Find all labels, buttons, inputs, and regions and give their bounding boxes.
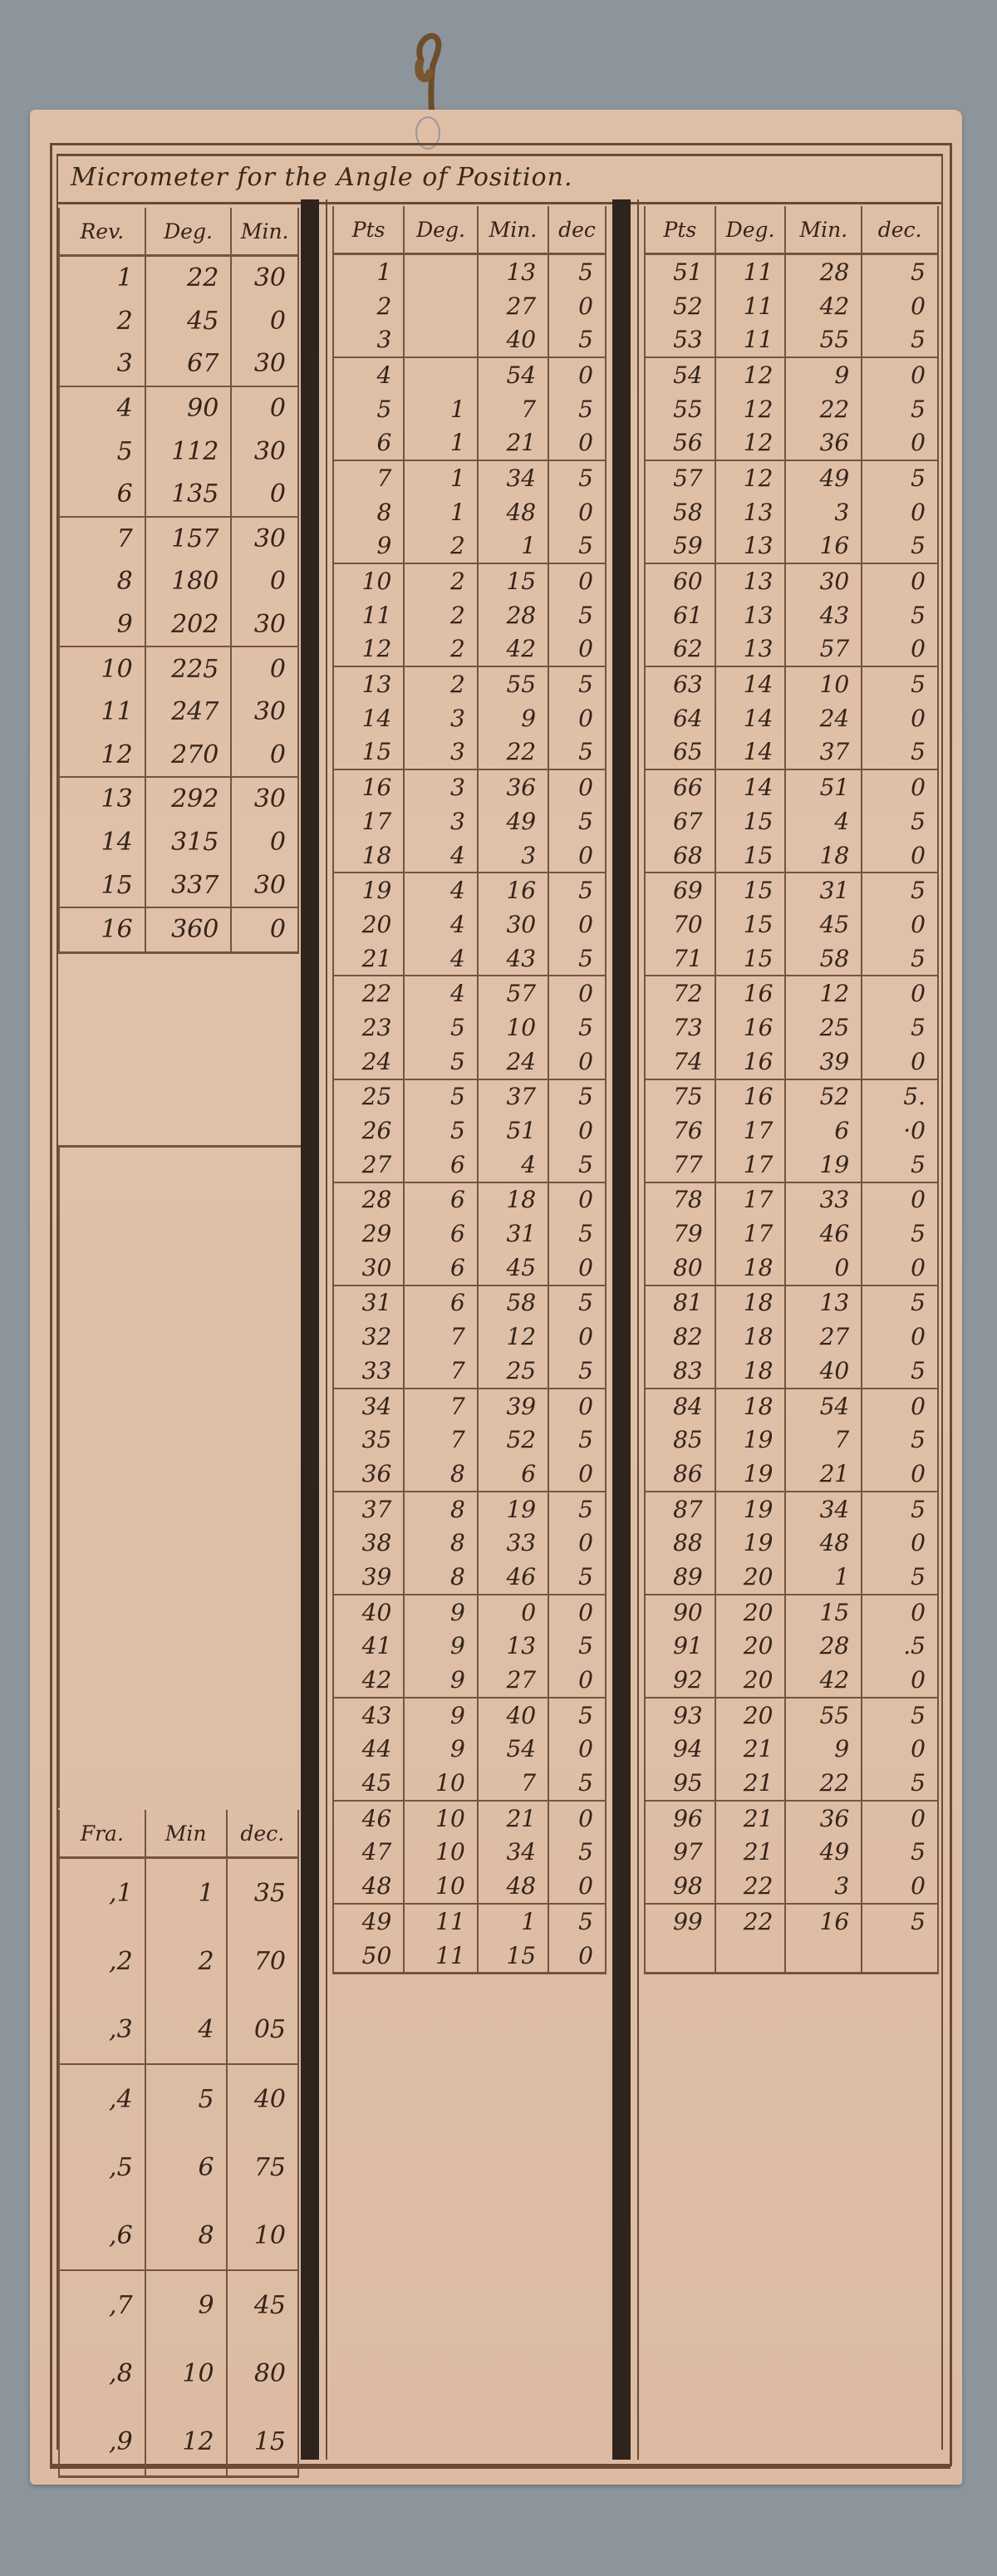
points-row: 6113435 bbox=[645, 598, 938, 632]
cell-col-a: 76 bbox=[645, 1113, 715, 1148]
cell-col-d: 0 bbox=[548, 632, 606, 667]
points-row: 8418540 bbox=[645, 1389, 938, 1423]
cell-col-c: 34 bbox=[478, 1836, 548, 1870]
cell-col-d: 5 bbox=[862, 1492, 938, 1526]
cell-col-d: 5 bbox=[548, 392, 606, 426]
cell-col-b bbox=[404, 357, 478, 392]
points-row: 6514375 bbox=[645, 735, 938, 770]
cell-col-a: 16 bbox=[333, 769, 404, 804]
points-row: 7015450 bbox=[645, 907, 938, 941]
cell-col-b: 16 bbox=[715, 1010, 786, 1045]
cell-col-c: 12 bbox=[478, 1320, 548, 1354]
cell-col-c: 70 bbox=[227, 1927, 298, 1995]
cell-col-c: 31 bbox=[785, 873, 862, 907]
cell-col-c: 28 bbox=[785, 254, 862, 289]
cell-col-d: 5 bbox=[548, 1354, 606, 1389]
cell-col-b: 7 bbox=[404, 1354, 478, 1389]
cell-col-b: 7 bbox=[404, 1320, 478, 1354]
cell-col-a: 38 bbox=[333, 1526, 404, 1560]
points-row: 942190 bbox=[645, 1733, 938, 1767]
points-row: 122420 bbox=[333, 632, 606, 667]
cell-col-b: 8 bbox=[145, 2201, 227, 2270]
cell-col-d: 5 bbox=[548, 1492, 606, 1526]
cell-col-c: 57 bbox=[478, 976, 548, 1010]
header-pts: Pts bbox=[333, 206, 404, 254]
cell-col-d: 0 bbox=[548, 1045, 606, 1079]
cell-col-b: 45 bbox=[145, 300, 232, 343]
cell-col-b: 19 bbox=[715, 1457, 786, 1492]
cell-col-c: 40 bbox=[227, 2064, 298, 2133]
points-row: 265510 bbox=[333, 1113, 606, 1148]
cell-col-b: 18 bbox=[715, 1320, 786, 1354]
cell-col-c: 18 bbox=[478, 1182, 548, 1217]
cell-col-a: ,8 bbox=[59, 2339, 145, 2407]
cell-col-c: 7 bbox=[785, 1423, 862, 1457]
cell-col-b: 20 bbox=[715, 1595, 786, 1630]
cell-col-a: 2 bbox=[59, 300, 145, 343]
cell-col-d: 5 bbox=[862, 1423, 938, 1457]
points-row: 7717195 bbox=[645, 1148, 938, 1182]
cell-col-c: 21 bbox=[785, 1457, 862, 1492]
separator-bar-left bbox=[301, 199, 319, 2460]
header-rev: Rev. bbox=[59, 208, 145, 256]
cell-col-a: 78 bbox=[645, 1182, 715, 1217]
cell-col-a: 81 bbox=[645, 1286, 715, 1320]
points-row: 801800 bbox=[645, 1251, 938, 1286]
points-row: 7115585 bbox=[645, 941, 938, 976]
cell-col-a: 9 bbox=[333, 529, 404, 564]
cell-col-a: 6 bbox=[59, 473, 145, 517]
points-row: 2270 bbox=[333, 289, 606, 323]
points-row: 449540 bbox=[333, 1733, 606, 1767]
cell-col-b: 10 bbox=[404, 1836, 478, 1870]
cell-col-d: 0 bbox=[862, 1182, 938, 1217]
cell-col-c: 10 bbox=[227, 2201, 298, 2270]
points-row: 378195 bbox=[333, 1492, 606, 1526]
cell-col-d: 5 bbox=[548, 1217, 606, 1251]
cell-col-c: 42 bbox=[785, 289, 862, 323]
page-title: Micrometer for the Angle of Position. bbox=[71, 163, 572, 192]
cell-col-c: 58 bbox=[785, 941, 862, 976]
cell-col-c: 4 bbox=[478, 1148, 548, 1182]
cell-col-a: 24 bbox=[333, 1045, 404, 1079]
cell-col-d: 0 bbox=[548, 1182, 606, 1217]
points-row: 7917465 bbox=[645, 1217, 938, 1251]
cell-col-c: 24 bbox=[785, 701, 862, 735]
cell-col-c: 42 bbox=[785, 1663, 862, 1698]
cell-col-a: 96 bbox=[645, 1801, 715, 1836]
cell-col-d: 0 bbox=[548, 1457, 606, 1492]
cell-col-d: 5 bbox=[862, 1354, 938, 1389]
cell-col-b: 7 bbox=[404, 1423, 478, 1457]
cell-col-b: 1 bbox=[404, 495, 478, 529]
points-row: 7216120 bbox=[645, 976, 938, 1010]
rev-row: 122700 bbox=[59, 734, 298, 778]
cell-col-c: 15 bbox=[478, 563, 548, 598]
cell-col-c: 49 bbox=[785, 460, 862, 495]
cell-col-b: 12 bbox=[715, 357, 786, 392]
cell-col-b: 1 bbox=[404, 425, 478, 460]
cell-col-b: 14 bbox=[715, 735, 786, 770]
cell-col-c: 45 bbox=[785, 907, 862, 941]
cell-col-a: 91 bbox=[645, 1630, 715, 1664]
cell-col-c: 0 bbox=[231, 300, 298, 343]
cell-col-d: 5 bbox=[548, 941, 606, 976]
cell-col-c: 16 bbox=[478, 873, 548, 907]
points-row: 36860 bbox=[333, 1457, 606, 1492]
cell-col-a: ,4 bbox=[59, 2064, 145, 2133]
cell-col-b: 6 bbox=[404, 1182, 478, 1217]
cell-col-c: 40 bbox=[478, 322, 548, 357]
cell-col-c: 16 bbox=[785, 1904, 862, 1939]
cell-col-b: 9 bbox=[404, 1630, 478, 1664]
cell-col-a: 63 bbox=[645, 666, 715, 701]
cell-col-a: 9 bbox=[59, 603, 145, 647]
cell-col-b: 3 bbox=[404, 769, 478, 804]
points-row: 541290 bbox=[645, 357, 938, 392]
cell-col-d: 5 bbox=[862, 1286, 938, 1320]
cell-col-b: 12 bbox=[715, 460, 786, 495]
cell-col-c: 05 bbox=[227, 1995, 298, 2064]
cell-col-d: 0 bbox=[548, 357, 606, 392]
cell-col-b: 22 bbox=[145, 256, 232, 300]
cell-col-c: 37 bbox=[478, 1079, 548, 1114]
cell-col-b: 8 bbox=[404, 1457, 478, 1492]
cell-col-a: 53 bbox=[645, 322, 715, 357]
cell-col-d: 5 bbox=[548, 460, 606, 495]
cell-col-d: 0 bbox=[548, 1733, 606, 1767]
points-row: 851975 bbox=[645, 1423, 938, 1457]
points-row: 18430 bbox=[333, 838, 606, 873]
cell-col-c: 22 bbox=[478, 735, 548, 770]
cell-col-a: 88 bbox=[645, 1526, 715, 1560]
cell-col-c: 54 bbox=[478, 1733, 548, 1767]
cell-col-b: 21 bbox=[715, 1733, 786, 1767]
cell-col-d: 0 bbox=[862, 1251, 938, 1286]
cell-col-c: 46 bbox=[785, 1217, 862, 1251]
cell-col-c: 0 bbox=[231, 646, 298, 691]
cell-col-b: 16 bbox=[715, 976, 786, 1010]
cell-col-b: 2 bbox=[404, 632, 478, 667]
cell-col-a: 25 bbox=[333, 1079, 404, 1114]
cell-col-d: 0 bbox=[548, 1113, 606, 1148]
cell-col-c: 39 bbox=[478, 1389, 548, 1423]
cell-col-b: 11 bbox=[715, 254, 786, 289]
cell-col-b: 135 bbox=[145, 473, 232, 517]
cell-col-a: 94 bbox=[645, 1733, 715, 1767]
cell-col-a: 71 bbox=[645, 941, 715, 976]
cell-col-b: 225 bbox=[145, 646, 232, 691]
cell-col-d: 5 bbox=[862, 460, 938, 495]
cell-col-c: 33 bbox=[478, 1526, 548, 1560]
cell-col-d: 0 bbox=[862, 563, 938, 598]
rev-row: 143150 bbox=[59, 821, 298, 864]
cell-col-d: 0 bbox=[862, 289, 938, 323]
cell-col-a: 52 bbox=[645, 289, 715, 323]
cell-col-a: 95 bbox=[645, 1766, 715, 1801]
cell-col-a: 15 bbox=[333, 735, 404, 770]
cell-col-b: 270 bbox=[145, 734, 232, 778]
cell-col-c: 12 bbox=[785, 976, 862, 1010]
cell-col-a: 15 bbox=[59, 863, 145, 907]
cell-col-b: 360 bbox=[145, 907, 232, 952]
cell-col-a: 4 bbox=[59, 386, 145, 430]
points-row: 204300 bbox=[333, 907, 606, 941]
points-row: 9215 bbox=[333, 529, 606, 564]
cell-col-c: 28 bbox=[785, 1630, 862, 1664]
points-row: 388330 bbox=[333, 1526, 606, 1560]
cell-col-a: 79 bbox=[645, 1217, 715, 1251]
fraction-row: ,1135 bbox=[59, 1858, 298, 1928]
points-row: 5311555 bbox=[645, 322, 938, 357]
cell-col-a: 7 bbox=[59, 517, 145, 561]
cell-col-a: 98 bbox=[645, 1869, 715, 1904]
cell-col-a: 70 bbox=[645, 907, 715, 941]
cell-col-c: 30 bbox=[231, 256, 298, 300]
cell-col-c: 55 bbox=[785, 322, 862, 357]
cell-col-b: 20 bbox=[715, 1698, 786, 1733]
cell-col-b: 15 bbox=[715, 941, 786, 976]
cell-col-a: 89 bbox=[645, 1560, 715, 1595]
cell-col-a: 13 bbox=[59, 777, 145, 821]
cell-col-a: 54 bbox=[645, 357, 715, 392]
points-row: 81480 bbox=[333, 495, 606, 529]
cell-col-d: 5 bbox=[862, 1698, 938, 1733]
cell-col-a: 17 bbox=[333, 804, 404, 838]
points-row: 347390 bbox=[333, 1389, 606, 1423]
cell-col-a: 21 bbox=[333, 941, 404, 976]
cell-col-d: 0 bbox=[548, 907, 606, 941]
cell-col-b: 13 bbox=[715, 563, 786, 598]
cell-col-c: 30 bbox=[785, 563, 862, 598]
rev-row: 12230 bbox=[59, 256, 298, 300]
rev-row: 1329230 bbox=[59, 777, 298, 821]
cell-col-a: 85 bbox=[645, 1423, 715, 1457]
cell-col-a: 84 bbox=[645, 1389, 715, 1423]
cell-col-b bbox=[404, 254, 478, 289]
points-row: 4810480 bbox=[333, 1869, 606, 1904]
points-row: 173495 bbox=[333, 804, 606, 838]
points-table-1-50: Pts Deg. Min. dec 1135227034054540517561… bbox=[332, 206, 607, 1974]
rev-row: 102250 bbox=[59, 646, 298, 691]
cell-col-b: 17 bbox=[715, 1217, 786, 1251]
cell-col-d: 0 bbox=[548, 769, 606, 804]
cell-col-a: 32 bbox=[333, 1320, 404, 1354]
points-row: 6915315 bbox=[645, 873, 938, 907]
cell-col-b: 15 bbox=[715, 804, 786, 838]
cell-col-c: 30 bbox=[231, 691, 298, 734]
cell-col-d: 5 bbox=[548, 1836, 606, 1870]
cell-col-b: 5 bbox=[404, 1045, 478, 1079]
rev-row: 163600 bbox=[59, 907, 298, 952]
cell-col-b: 337 bbox=[145, 863, 232, 907]
cell-col-b: 3 bbox=[404, 735, 478, 770]
cell-col-b: 14 bbox=[715, 701, 786, 735]
cell-col-b: 2 bbox=[404, 666, 478, 701]
cell-col-c: 13 bbox=[478, 1630, 548, 1664]
cell-col-d bbox=[862, 1939, 938, 1974]
points-row: 3405 bbox=[333, 322, 606, 357]
cell-col-c: 13 bbox=[478, 254, 548, 289]
cell-col-b: 2 bbox=[404, 598, 478, 632]
cell-col-b: 6 bbox=[404, 1286, 478, 1320]
header-dec: dec. bbox=[862, 206, 938, 254]
cell-col-a: 56 bbox=[645, 425, 715, 460]
cell-col-d: 0 bbox=[862, 701, 938, 735]
cell-col-d: 5 bbox=[548, 1560, 606, 1595]
points-row: 296315 bbox=[333, 1217, 606, 1251]
cell-col-d: 0 bbox=[548, 563, 606, 598]
cell-col-a: 62 bbox=[645, 632, 715, 667]
points-row: 491115 bbox=[333, 1904, 606, 1939]
cell-col-b: 7 bbox=[404, 1389, 478, 1423]
cell-col-a: 35 bbox=[333, 1423, 404, 1457]
rev-row: 715730 bbox=[59, 517, 298, 561]
cell-col-a: 3 bbox=[59, 342, 145, 386]
header-min: Min. bbox=[478, 206, 548, 254]
points-row: 439405 bbox=[333, 1698, 606, 1733]
cell-col-c: 25 bbox=[478, 1354, 548, 1389]
cell-col-a: 93 bbox=[645, 1698, 715, 1733]
points-row: 5011150 bbox=[333, 1939, 606, 1974]
cell-col-c: 54 bbox=[785, 1389, 862, 1423]
cell-col-c: 30 bbox=[231, 517, 298, 561]
points-row: 5175 bbox=[333, 392, 606, 426]
cell-col-b: 18 bbox=[715, 1389, 786, 1423]
cell-col-c: 22 bbox=[785, 1766, 862, 1801]
cell-col-c: 21 bbox=[478, 1801, 548, 1836]
cell-col-d: 5 bbox=[548, 1698, 606, 1733]
cell-col-d: 5 bbox=[548, 322, 606, 357]
points-row: 112285 bbox=[333, 598, 606, 632]
cell-col-c: 57 bbox=[785, 632, 862, 667]
cell-col-c: 30 bbox=[231, 430, 298, 473]
points-row: 1135 bbox=[333, 254, 606, 289]
cell-col-c: 0 bbox=[231, 473, 298, 517]
cell-col-b: 180 bbox=[145, 560, 232, 603]
cell-col-c: 7 bbox=[478, 392, 548, 426]
cell-col-d: 0 bbox=[862, 1869, 938, 1904]
cell-col-b: 4 bbox=[145, 1995, 227, 2064]
cell-col-c: 30 bbox=[231, 863, 298, 907]
points-row: 76176·0 bbox=[645, 1113, 938, 1148]
cell-col-c: 80 bbox=[227, 2339, 298, 2407]
cell-col-c: 1 bbox=[478, 1904, 548, 1939]
cell-col-a: 99 bbox=[645, 1904, 715, 1939]
cell-col-b: 9 bbox=[404, 1733, 478, 1767]
cell-col-a: 60 bbox=[645, 563, 715, 598]
points-row: 8118135 bbox=[645, 1286, 938, 1320]
cell-col-c: 34 bbox=[785, 1492, 862, 1526]
cell-col-b: 4 bbox=[404, 873, 478, 907]
points-row: 892015 bbox=[645, 1560, 938, 1595]
cell-col-a: 8 bbox=[333, 495, 404, 529]
cell-col-b: 15 bbox=[715, 838, 786, 873]
cell-col-a: 1 bbox=[333, 254, 404, 289]
cell-col-d: 0 bbox=[862, 976, 938, 1010]
cell-col-b: 4 bbox=[404, 941, 478, 976]
cell-col-b: 14 bbox=[715, 769, 786, 804]
cell-col-a: 44 bbox=[333, 1733, 404, 1767]
cell-col-d: 0 bbox=[862, 1663, 938, 1698]
cell-col-d: 5 bbox=[862, 1148, 938, 1182]
points-row: 7316255 bbox=[645, 1010, 938, 1045]
cell-col-b: 15 bbox=[715, 907, 786, 941]
cell-col-c: 34 bbox=[478, 460, 548, 495]
cell-col-c: 48 bbox=[478, 495, 548, 529]
cell-col-c: 35 bbox=[227, 1858, 298, 1928]
points-row: 429270 bbox=[333, 1663, 606, 1698]
cell-col-c: 24 bbox=[478, 1045, 548, 1079]
cell-col-a: 47 bbox=[333, 1836, 404, 1870]
cell-col-a: 27 bbox=[333, 1148, 404, 1182]
cell-col-c: 0 bbox=[231, 560, 298, 603]
cell-col-c: 6 bbox=[785, 1113, 862, 1148]
cell-col-b: 3 bbox=[404, 804, 478, 838]
cell-col-c: 33 bbox=[785, 1182, 862, 1217]
cell-col-a: ,1 bbox=[59, 1858, 145, 1928]
cell-col-b: 12 bbox=[715, 392, 786, 426]
cell-col-c: 39 bbox=[785, 1045, 862, 1079]
cell-col-b: 292 bbox=[145, 777, 232, 821]
cell-col-b: 20 bbox=[715, 1560, 786, 1595]
cell-col-b: 15 bbox=[715, 873, 786, 907]
rev-row: 1533730 bbox=[59, 863, 298, 907]
cell-col-a: 48 bbox=[333, 1869, 404, 1904]
header-deg: Deg. bbox=[715, 206, 786, 254]
cell-col-d: .5 bbox=[862, 1630, 938, 1664]
points-row: 5512225 bbox=[645, 392, 938, 426]
cell-col-b: 9 bbox=[404, 1595, 478, 1630]
cell-col-b: 2 bbox=[404, 529, 478, 564]
cell-col-b: 1 bbox=[145, 1858, 227, 1928]
cell-col-c: 6 bbox=[478, 1457, 548, 1492]
cell-col-b: 6 bbox=[145, 2133, 227, 2201]
cell-col-c: 37 bbox=[785, 735, 862, 770]
cell-col-d: 5. bbox=[862, 1079, 938, 1114]
title-divider bbox=[56, 202, 942, 204]
cell-col-b: 2 bbox=[145, 1927, 227, 1995]
points-row: 9020150 bbox=[645, 1595, 938, 1630]
cell-col-a: 23 bbox=[333, 1010, 404, 1045]
cell-col-d: 0 bbox=[548, 1389, 606, 1423]
points-row: 912028.5 bbox=[645, 1630, 938, 1664]
cell-col-b: 13 bbox=[715, 598, 786, 632]
points-row: 71345 bbox=[333, 460, 606, 495]
cell-col-d: 0 bbox=[862, 1457, 938, 1492]
fraction-row: ,81080 bbox=[59, 2339, 298, 2407]
cell-col-b: 90 bbox=[145, 386, 232, 430]
cell-col-d: 5 bbox=[862, 1904, 938, 1939]
cell-col-d: 0 bbox=[862, 1389, 938, 1423]
cell-col-d: 5 bbox=[862, 598, 938, 632]
cell-col-b: 8 bbox=[404, 1560, 478, 1595]
cell-col-d: 0 bbox=[548, 1869, 606, 1904]
cell-col-d: 5 bbox=[548, 1766, 606, 1801]
cell-col-a: 66 bbox=[645, 769, 715, 804]
cell-col-b: 315 bbox=[145, 821, 232, 864]
cell-col-c: 27 bbox=[478, 289, 548, 323]
points-row: 5612360 bbox=[645, 425, 938, 460]
points-row: 6614510 bbox=[645, 769, 938, 804]
cell-col-a: 20 bbox=[333, 907, 404, 941]
points-row: 214435 bbox=[333, 941, 606, 976]
cell-col-a: 7 bbox=[333, 460, 404, 495]
cell-col-b: 13 bbox=[715, 632, 786, 667]
cell-col-d: 5 bbox=[862, 941, 938, 976]
separator-rule-left bbox=[326, 199, 327, 2460]
cell-col-b: 20 bbox=[715, 1630, 786, 1664]
